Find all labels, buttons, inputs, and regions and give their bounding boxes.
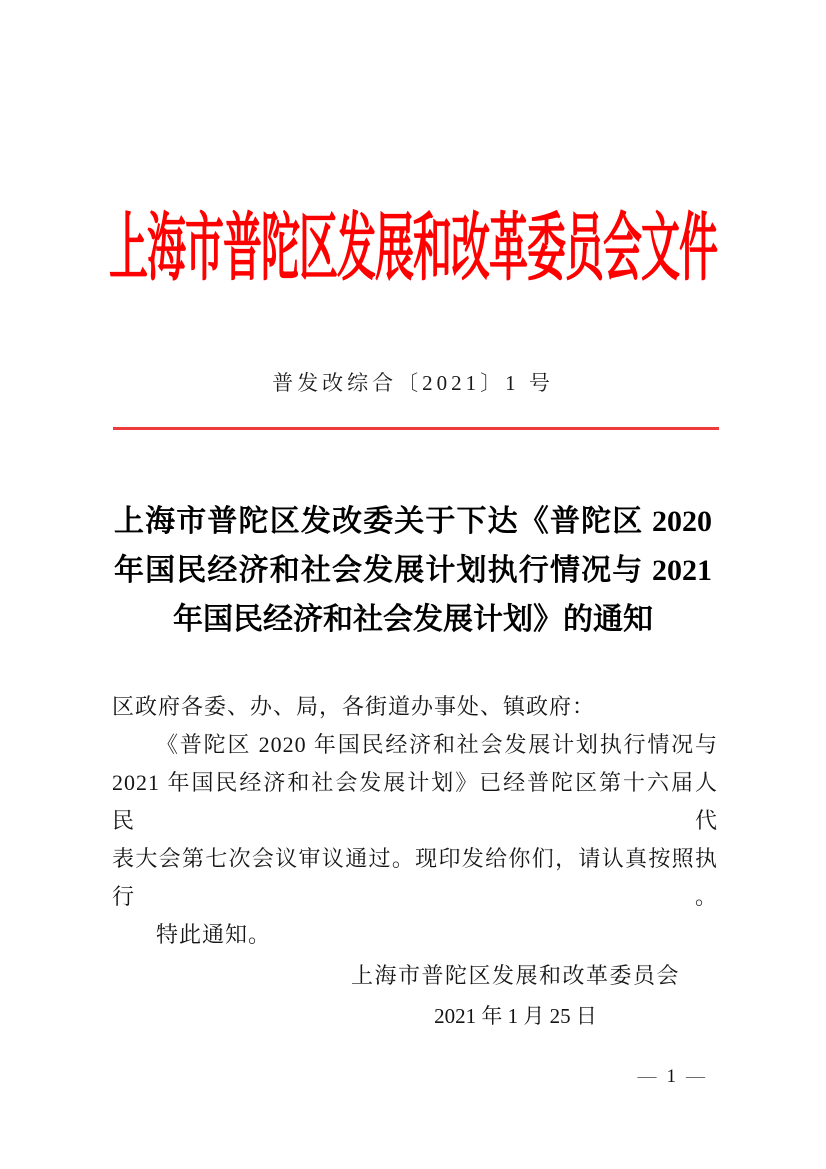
issuing-authority: 上海市普陀区发展和改革委员会 xyxy=(351,961,680,991)
notice-title-line-2: 年国民经济和社会发展计划执行情况与 2021 xyxy=(114,546,712,595)
notice-title-line-1: 上海市普陀区发改委关于下达《普陀区 2020 xyxy=(114,497,712,546)
document-page: 上海市普陀区发展和改革委员会文件 普发改综合〔2021〕1 号 上海市普陀区发改… xyxy=(0,0,826,1169)
body-paragraph-line-2: 2021 年国民经济和社会发展计划》已经普陀区第十六届人民代 xyxy=(112,764,718,840)
footer-dash-right: — xyxy=(686,1066,705,1087)
red-divider-line xyxy=(113,427,719,430)
notice-body: 区政府各委、办、局，各街道办事处、镇政府： 《普陀区 2020 年国民经济和社会… xyxy=(112,688,718,954)
body-paragraph-line-3: 表大会第七次会议审议通过。现印发给你们，请认真按照执行。 xyxy=(112,840,718,916)
page-number: 1 xyxy=(667,1066,677,1087)
signature-block: 上海市普陀区发展和改革委员会 2021 年 1 月 25 日 xyxy=(351,961,680,1031)
issue-date: 2021 年 1 月 25 日 xyxy=(351,1001,680,1031)
notice-title: 上海市普陀区发改委关于下达《普陀区 2020 年国民经济和社会发展计划执行情况与… xyxy=(114,497,712,644)
footer-dash-left: — xyxy=(638,1066,657,1087)
closing-phrase: 特此通知。 xyxy=(112,916,718,954)
body-paragraph-line-1: 《普陀区 2020 年国民经济和社会发展计划执行情况与 xyxy=(112,726,718,764)
salutation-line: 区政府各委、办、局，各街道办事处、镇政府： xyxy=(112,688,718,726)
document-header-title: 上海市普陀区发展和改革委员会文件 xyxy=(0,212,826,286)
page-footer: —1— xyxy=(638,1066,706,1088)
notice-title-line-3: 年国民经济和社会发展计划》的通知 xyxy=(114,595,712,644)
document-number: 普发改综合〔2021〕1 号 xyxy=(0,367,826,397)
